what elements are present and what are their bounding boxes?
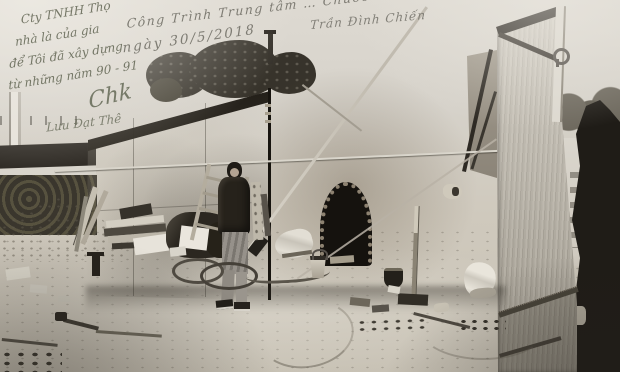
gap-behind-gate: [465, 48, 499, 180]
tank-hinge-mark: [265, 120, 271, 123]
tank-vent-cap: [264, 30, 276, 34]
gate-ring-stem: [556, 59, 559, 67]
worker-shoe: [234, 302, 250, 311]
worker-jacket: [218, 177, 250, 235]
tank-vent-pipe: [268, 32, 273, 64]
handwritten-name-left: Lưu Đạt Thê: [46, 111, 121, 134]
corner-debris: [0, 350, 62, 372]
wall-patch-hole: [452, 187, 459, 196]
paper-scrap: [30, 284, 48, 293]
handwritten-signature: Chk: [88, 78, 133, 114]
trowel-head: [55, 312, 67, 321]
tank-hinge-mark: [265, 104, 271, 107]
dark-post-bar: [87, 252, 104, 256]
brick-debris: [372, 304, 389, 312]
bucket-handle: [312, 249, 328, 260]
white-paper: [170, 246, 187, 257]
rubble-scatter: [458, 318, 506, 330]
rubble-scatter: [356, 317, 426, 333]
worker-face: [230, 168, 239, 177]
paper-scrap: [58, 296, 70, 302]
worker-shoe: [216, 299, 234, 310]
dark-debris: [398, 293, 429, 306]
construction-site-photograph: Cty TNHH Thọ nhà là của gia để Tôi đã xâ…: [0, 0, 620, 372]
tank-hinge-mark: [265, 112, 271, 115]
tree-canopy: [150, 78, 182, 102]
